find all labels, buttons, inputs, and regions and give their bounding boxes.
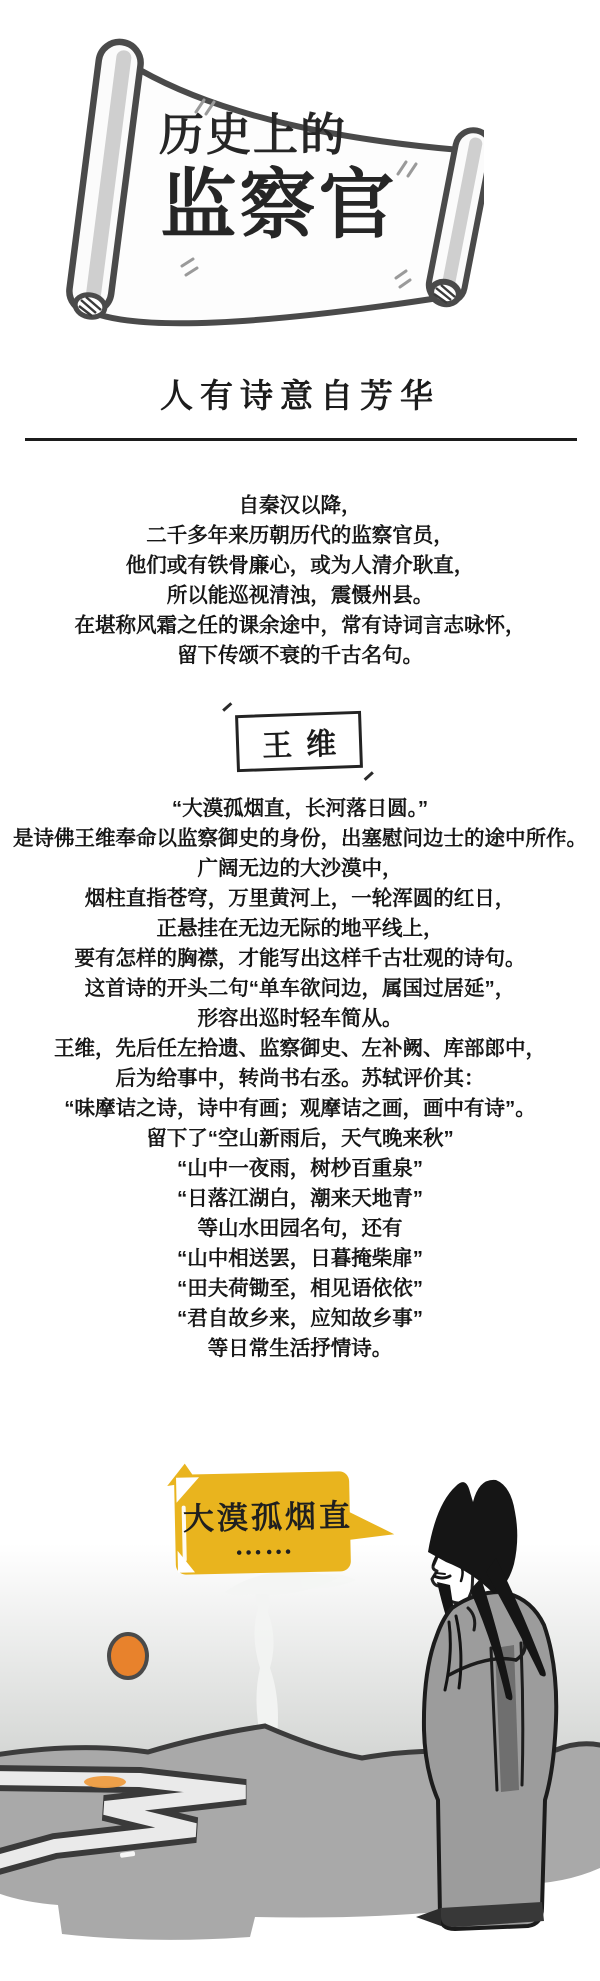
intro-paragraph: 自秦汉以降， 二千多年来历朝历代的监察官员， 他们或有铁骨廉心，或为人清介耿直，…: [0, 491, 600, 671]
page-subtitle: 人有诗意自芳华: [0, 370, 600, 417]
body-line: 烟柱直指苍穹，万里黄河上，一轮浑圆的红日，: [0, 884, 600, 914]
body-line: 形容出巡时轻车简从。: [0, 1004, 600, 1034]
body-line: 留下了“空山新雨后，天气晚来秋”: [0, 1124, 600, 1154]
poet-paragraph: “大漠孤烟直，长河落日圆。” 是诗佛王维奉命以监察御史的身份，出塞慰问边士的途中…: [0, 794, 600, 1364]
body-line: “味摩诘之诗，诗中有画；观摩诘之画，画中有诗”。: [0, 1094, 600, 1124]
body-line: “日落江湖白，潮来天地青”: [0, 1184, 600, 1214]
body-line: 广阔无边的大沙漠中，: [0, 854, 600, 884]
body-line: 等山水田园名句，还有: [0, 1214, 600, 1244]
body-line: “君自故乡来，应知故乡事”: [0, 1304, 600, 1334]
bottom-illustration: 大漠孤烟直 ……: [0, 1440, 600, 1981]
infographic-page: 历史上的 监察官 人有诗意自芳华 自秦汉以降， 二千多年来历朝历代的监察官员， …: [0, 0, 600, 1981]
body-line: “田夫荷锄至，相见语依依”: [0, 1274, 600, 1304]
intro-line: 二千多年来历朝历代的监察官员，: [0, 521, 600, 551]
intro-line: 在堪称风霜之任的课余途中，常有诗词言志咏怀，: [0, 611, 600, 641]
body-line: 等日常生活抒情诗。: [0, 1334, 600, 1364]
scroll-title-line1: 历史上的: [133, 112, 373, 157]
poet-name-label: 王维: [261, 718, 350, 765]
body-line: 这首诗的开头二句“单车欲问边，属国过居延”，: [0, 974, 600, 1004]
body-line: 是诗佛王维奉命以监察御史的身份，出塞慰问边士的途中所作。: [0, 824, 600, 854]
body-line: 王维，先后任左拾遗、监察御史、左补阙、库部郎中，: [0, 1034, 600, 1064]
scroll-illustration: 历史上的 监察官: [48, 12, 484, 344]
divider-rule: [25, 438, 577, 441]
poet-robe: [424, 1592, 556, 1929]
speech-bubble-line2: ……: [234, 1529, 295, 1561]
body-line: “大漠孤烟直，长河落日圆。”: [0, 794, 600, 824]
intro-line: 他们或有铁骨廉心，或为人清介耿直，: [0, 551, 600, 581]
intro-line: 所以能巡视清浊，震慑州县。: [0, 581, 600, 611]
intro-line: 留下传颂不衰的千古名句。: [0, 641, 600, 671]
body-line: “山中一夜雨，树杪百重泉”: [0, 1154, 600, 1184]
scroll-title-line2: 监察官: [118, 168, 440, 244]
body-line: 要有怎样的胸襟，才能写出这样千古壮观的诗句。: [0, 944, 600, 974]
body-line: 后为给事中，转尚书右丞。苏轼评价其：: [0, 1064, 600, 1094]
river-sun-reflection: [84, 1776, 126, 1788]
body-line: “山中相送罢，日暮掩柴扉”: [0, 1244, 600, 1274]
sun: [109, 1634, 147, 1678]
body-line: 正悬挂在无边无际的地平线上，: [0, 914, 600, 944]
poet-name-box: 王维: [235, 711, 363, 772]
intro-line: 自秦汉以降，: [0, 491, 600, 521]
